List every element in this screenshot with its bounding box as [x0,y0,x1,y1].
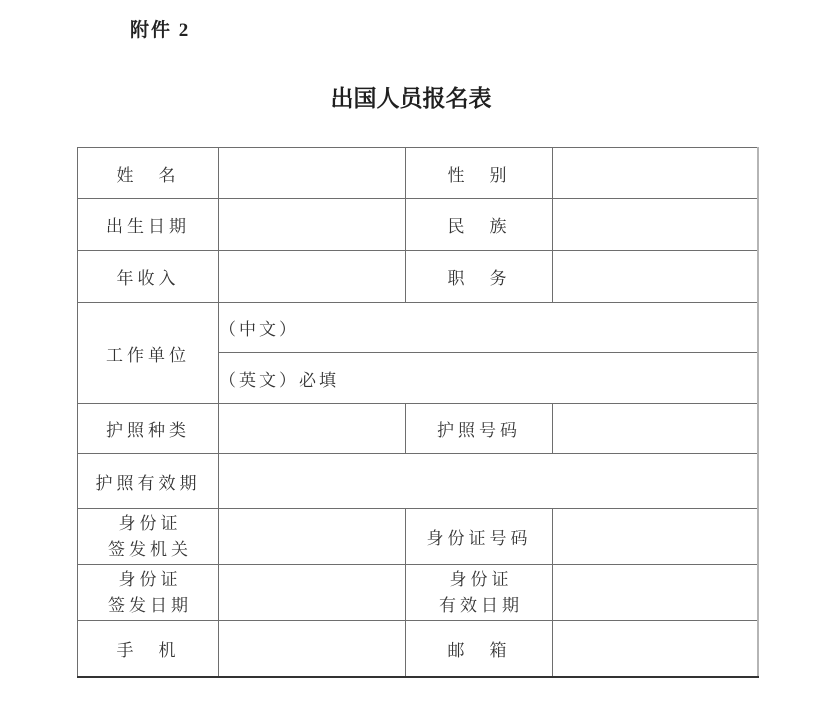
id-valid-date-label-line1: 身份证 [406,567,552,593]
birth-date-value-cell[interactable] [219,199,406,251]
ethnicity-label: 民 族 [406,199,553,251]
id-authority-label: 身份证 签发机关 [78,509,219,565]
id-issue-date-label: 身份证 签发日期 [78,565,219,621]
passport-type-label: 护照种类 [78,404,219,454]
work-unit-cn-cell[interactable]: （中文） [219,303,758,353]
id-authority-label-line1: 身份证 [78,511,218,537]
document-page: 附件 2 出国人员报名表 姓 名 性 别 出生日期 民 族 年收入 职 务 [0,0,822,705]
page-title: 出国人员报名表 [0,80,822,113]
work-unit-en-cell[interactable]: （英文）必填 [219,353,758,404]
ethnicity-value-cell[interactable] [553,199,758,251]
row-income-position: 年收入 职 务 [78,251,758,303]
attachment-label: 附件 2 [130,15,190,42]
row-workunit-cn: 工作单位 （中文） [78,303,758,353]
email-value-cell[interactable] [553,621,758,677]
row-passport-validity: 护照有效期 [78,454,758,509]
position-label: 职 务 [406,251,553,303]
id-valid-date-value-cell[interactable] [553,565,758,621]
row-birthdate-ethnicity: 出生日期 民 族 [78,199,758,251]
id-valid-date-label-line2: 有效日期 [406,593,552,619]
annual-income-label: 年收入 [78,251,219,303]
id-no-label: 身份证号码 [406,509,553,565]
mobile-value-cell[interactable] [219,621,406,677]
id-issue-date-value-cell[interactable] [219,565,406,621]
id-no-value-cell[interactable] [553,509,758,565]
annual-income-value-cell[interactable] [219,251,406,303]
passport-validity-label: 护照有效期 [78,454,219,509]
passport-no-label: 护照号码 [406,404,553,454]
registration-form-table: 姓 名 性 别 出生日期 民 族 年收入 职 务 工作单位 （中文） （英文）必… [77,147,759,678]
name-value-cell[interactable] [219,148,406,199]
row-id-dates: 身份证 签发日期 身份证 有效日期 [78,565,758,621]
name-label: 姓 名 [78,148,219,199]
passport-type-value-cell[interactable] [219,404,406,454]
birth-date-label: 出生日期 [78,199,219,251]
passport-no-value-cell[interactable] [553,404,758,454]
row-passport: 护照种类 护照号码 [78,404,758,454]
row-name-gender: 姓 名 性 别 [78,148,758,199]
id-issue-date-label-line2: 签发日期 [78,593,218,619]
position-value-cell[interactable] [553,251,758,303]
passport-validity-value-cell[interactable] [219,454,758,509]
id-authority-value-cell[interactable] [219,509,406,565]
id-authority-label-line2: 签发机关 [78,537,218,563]
mobile-label: 手 机 [78,621,219,677]
row-id-authority-number: 身份证 签发机关 身份证号码 [78,509,758,565]
work-unit-label: 工作单位 [78,303,219,404]
gender-label: 性 别 [406,148,553,199]
id-issue-date-label-line1: 身份证 [78,567,218,593]
row-mobile-email: 手 机 邮 箱 [78,621,758,677]
email-label: 邮 箱 [406,621,553,677]
id-valid-date-label: 身份证 有效日期 [406,565,553,621]
gender-value-cell[interactable] [553,148,758,199]
